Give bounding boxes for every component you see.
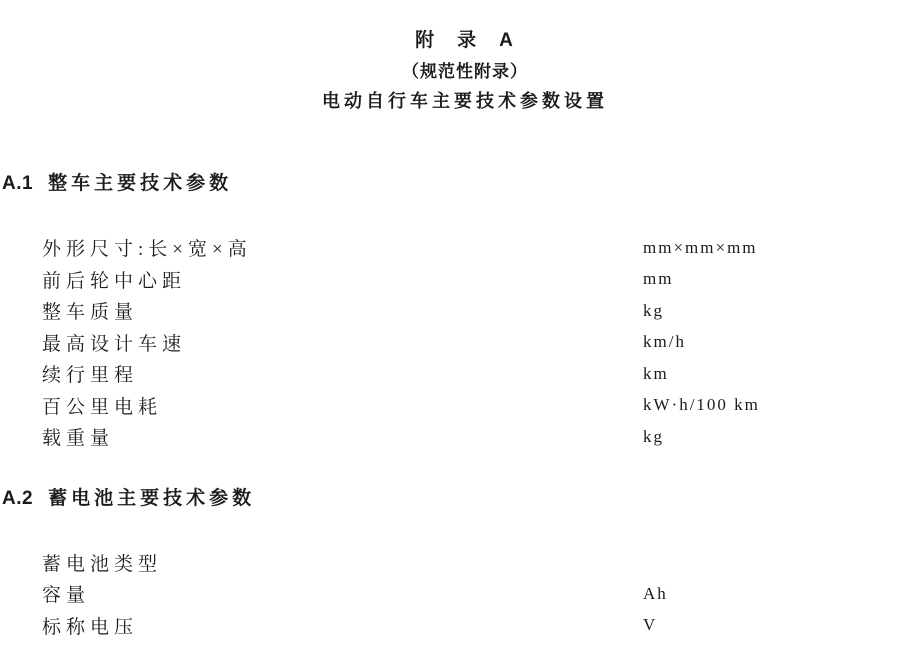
param-label: 容量 [42,580,643,607]
param-label: 载重量 [42,423,643,450]
param-label: 标称电压 [42,612,643,639]
section-a2-rows: 蓄电池类型 容量 Ah 标称电压 V [0,547,912,642]
param-label: 百公里电耗 [42,392,643,419]
appendix-heading: 电动自行车主要技术参数设置 [9,92,912,111]
param-unit: mm [643,269,673,289]
param-unit: kW·h/100 km [643,395,760,415]
param-label: 续行里程 [42,360,643,387]
param-row: 外形尺寸:长×宽×高 mm×mm×mm [0,232,912,264]
section-a1-rows: 外形尺寸:长×宽×高 mm×mm×mm 前后轮中心距 mm 整车质量 kg 最高… [0,232,912,453]
section-a2-number: A.2 [2,488,33,509]
section-battery-parameters: A.2蓄电池主要技术参数 蓄电池类型 容量 Ah 标称电压 V [0,488,912,642]
param-row: 最高设计车速 km/h [0,327,912,359]
param-row: 百公里电耗 kW·h/100 km [0,390,912,422]
param-label: 前后轮中心距 [42,266,643,293]
param-label: 外形尺寸:长×宽×高 [42,234,643,261]
section-a2-heading: A.2蓄电池主要技术参数 [0,488,912,509]
param-unit: kg [643,301,664,321]
section-a1-heading: A.1整车主要技术参数 [0,173,912,194]
param-row: 整车质量 kg [0,295,912,327]
section-a2-title: 蓄电池主要技术参数 [48,488,255,509]
appendix-header: 附 录 A （规范性附录） 电动自行车主要技术参数设置 [9,0,912,111]
param-unit: mm×mm×mm [643,238,758,258]
param-label: 蓄电池类型 [42,549,643,576]
param-row: 蓄电池类型 [0,547,912,579]
section-a1-title: 整车主要技术参数 [48,173,232,194]
param-unit: V [643,615,657,635]
section-a1-number: A.1 [2,173,33,194]
appendix-title: 附 录 A [9,31,912,51]
param-row: 载重量 kg [0,421,912,453]
param-unit: Ah [643,584,668,604]
section-vehicle-parameters: A.1整车主要技术参数 外形尺寸:长×宽×高 mm×mm×mm 前后轮中心距 m… [0,173,912,453]
param-row: 容量 Ah [0,578,912,610]
param-row: 标称电压 V [0,610,912,642]
param-label: 最高设计车速 [42,329,643,356]
appendix-subtitle: （规范性附录） [9,62,912,81]
param-row: 前后轮中心距 mm [0,264,912,296]
param-unit: km/h [643,332,686,352]
param-unit: km [643,364,669,384]
param-unit: kg [643,427,664,447]
param-label: 整车质量 [42,297,643,324]
param-row: 续行里程 km [0,358,912,390]
document-page: 附 录 A （规范性附录） 电动自行车主要技术参数设置 A.1整车主要技术参数 … [0,0,912,664]
